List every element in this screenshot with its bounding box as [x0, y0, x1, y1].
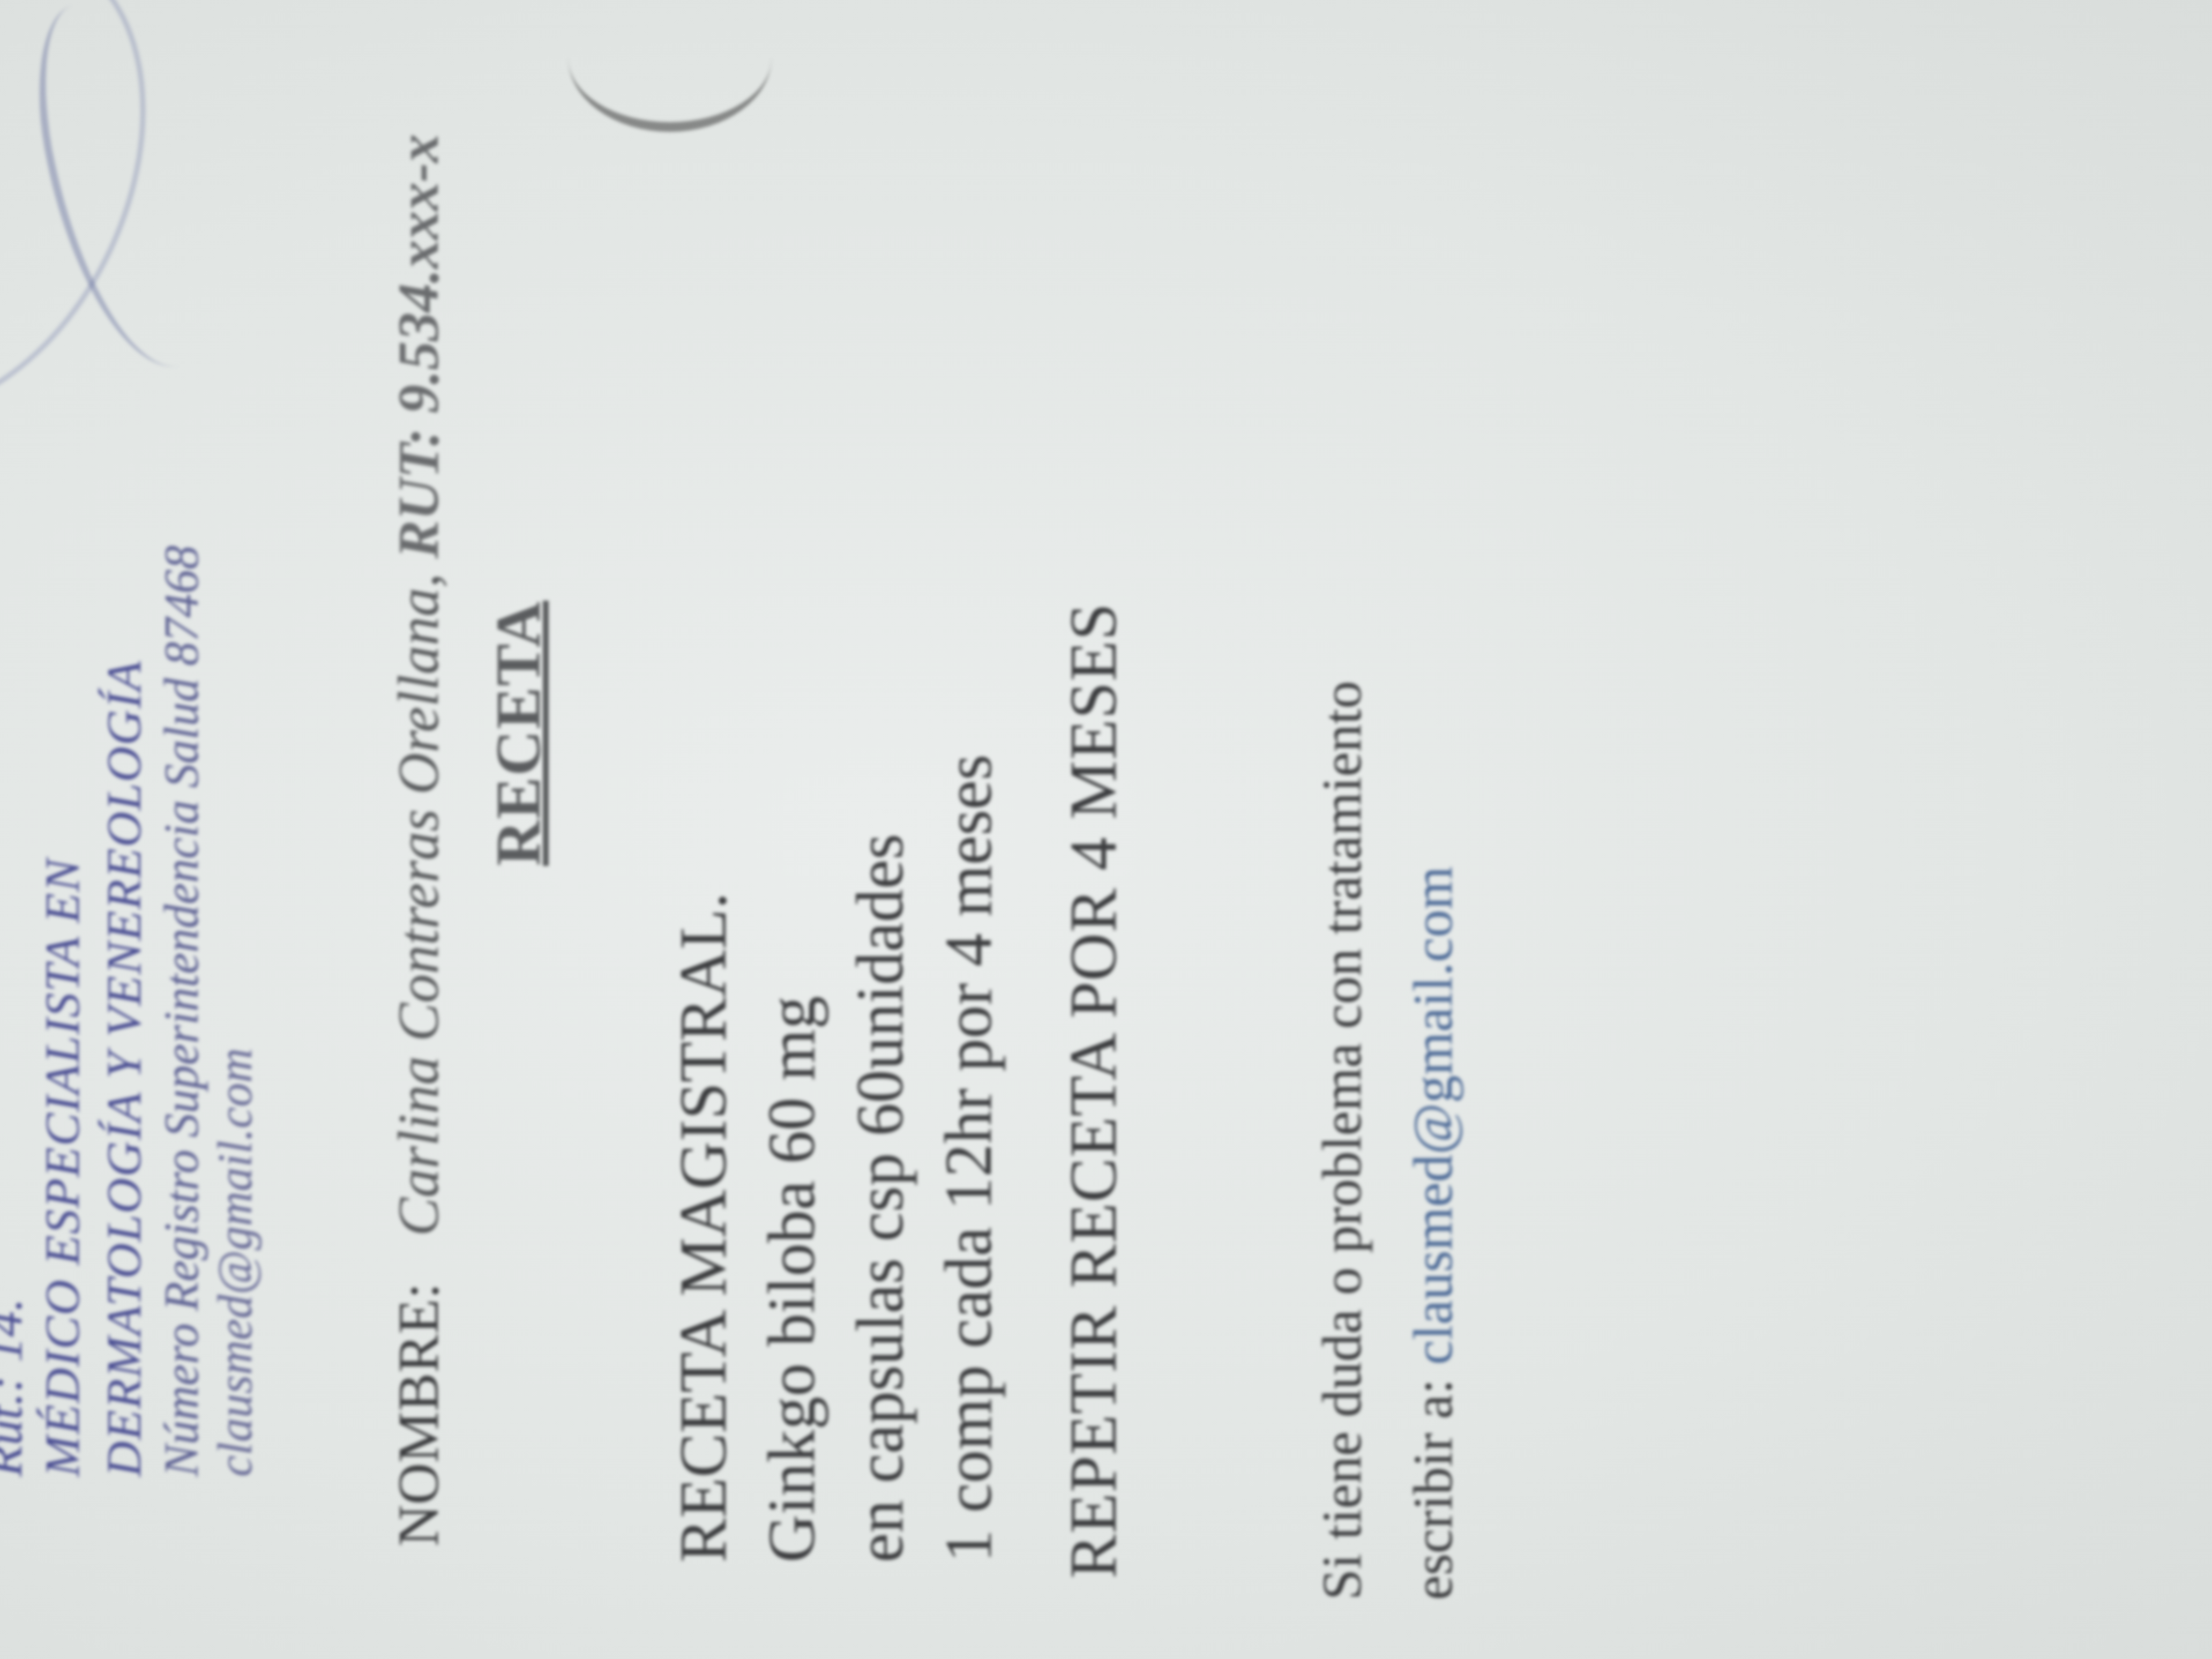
prescription-page: Rut.: 14. MÉDICO ESPECIALISTA EN DERMATO…: [0, 0, 2212, 1659]
patient-rut: RUT: 9.534.xxx-x: [387, 134, 451, 559]
repeat-note: REPETIR RECETA POR 4 MESES: [1056, 603, 1132, 1579]
footer-contact: escribir a: clausmed@gmail.com: [1388, 681, 1479, 1601]
doctor-registry: Número Registro Superintendencia Salud 8…: [158, 545, 206, 1477]
patient-name: Carlina Contreras Orellana,: [387, 573, 451, 1236]
prescription-title: RECETA: [482, 601, 555, 866]
footer-line: Si tiene duda o problema con tratamiento: [1297, 681, 1388, 1601]
paper-background: Rut.: 14. MÉDICO ESPECIALISTA EN DERMATO…: [0, 0, 2212, 1659]
doctor-title-line2: DERMATOLOGÍA Y VENEREOLOGÍA: [99, 660, 148, 1477]
prescription-body: RECETA MAGISTRAL. Ginkgo biloba 60 mg en…: [659, 754, 1013, 1563]
doctor-rut: Rut.: 14.: [0, 1298, 30, 1477]
doctor-title-line1: MÉDICO ESPECIALISTA EN: [38, 858, 87, 1477]
rx-line: RECETA MAGISTRAL.: [659, 754, 748, 1563]
contact-prefix: escribir a:: [1402, 1365, 1464, 1600]
doctor-email: clausmed@gmail.com: [212, 1048, 260, 1477]
rx-line: en capsulas csp 60unidades: [836, 754, 924, 1563]
footer-note: Si tiene duda o problema con tratamiento…: [1297, 681, 1479, 1601]
patient-label: NOMBRE:: [387, 1283, 451, 1546]
contact-email-link[interactable]: clausmed@gmail.com: [1402, 866, 1464, 1365]
rx-line: Ginkgo biloba 60 mg: [748, 754, 836, 1563]
patient-line: NOMBRE: Carlina Contreras Orellana, RUT:…: [386, 134, 452, 1546]
rx-line: 1 comp cada 12hr por 4 meses: [924, 754, 1013, 1563]
signature-stroke: [568, 0, 772, 132]
